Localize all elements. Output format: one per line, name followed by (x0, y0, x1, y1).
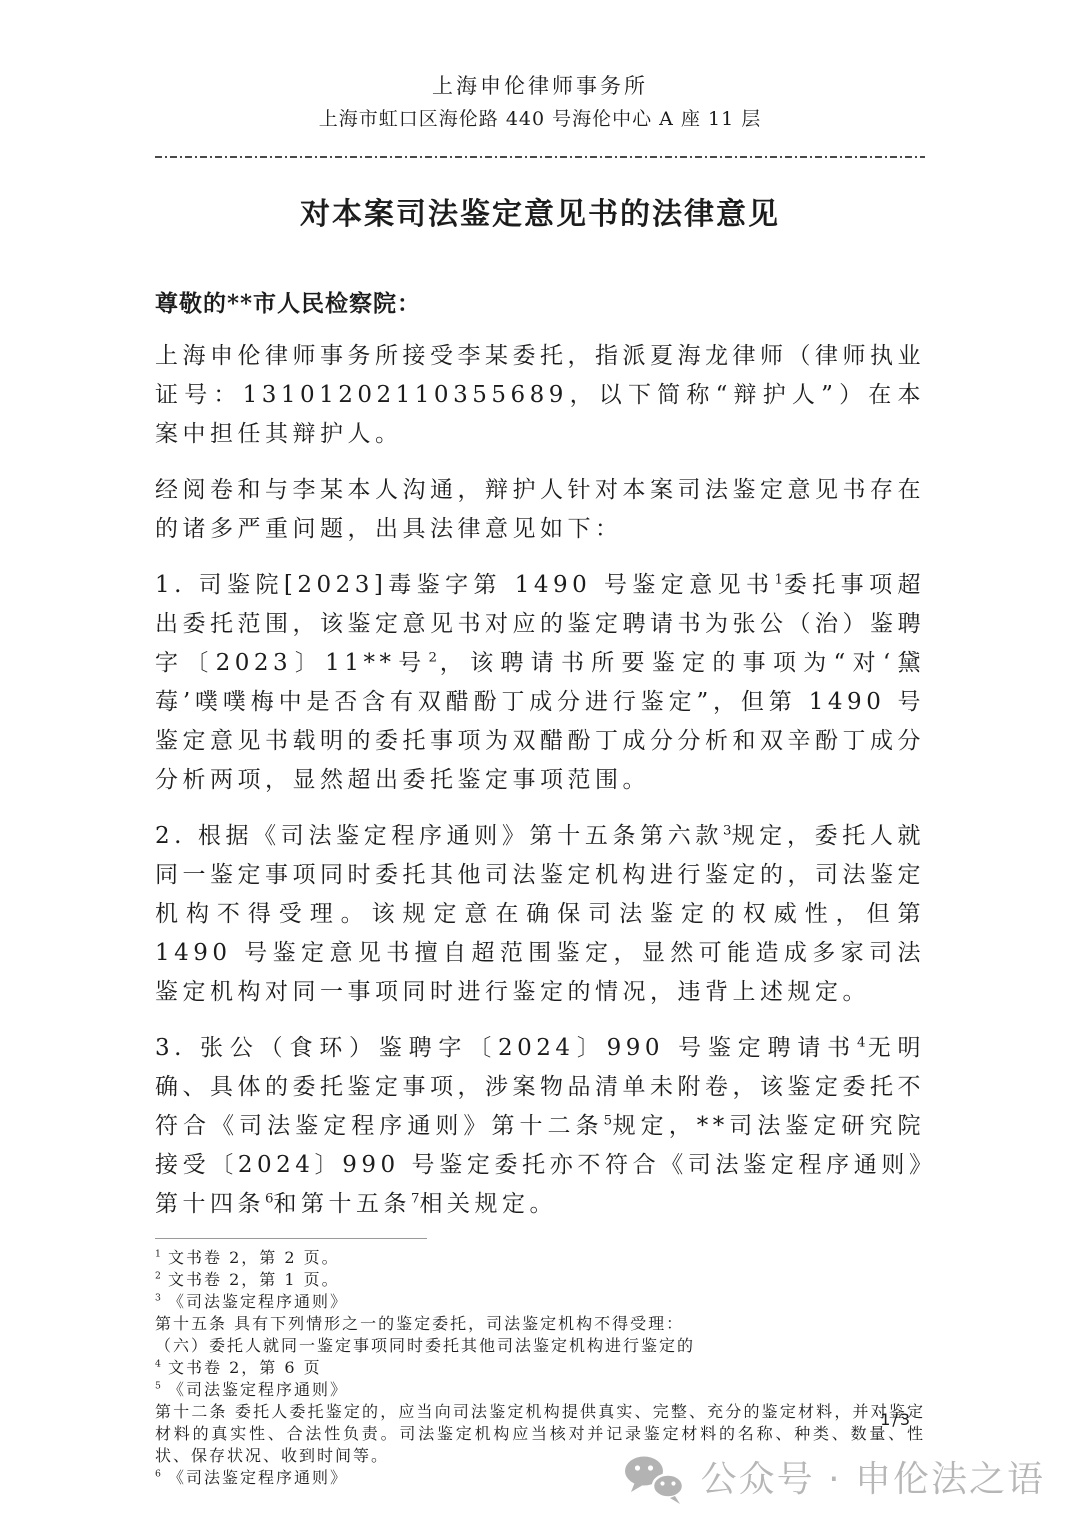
footnote-line-6: 4 文书卷 2，第 6 页 (155, 1357, 925, 1379)
opinion-item-2: 2. 根据《司法鉴定程序通则》第十五条第六款3规定，委托人就同一鉴定事项同时委托… (155, 817, 925, 1012)
salutation: 尊敬的**市人民检察院： (155, 288, 925, 320)
footnote-line-7: 5 《司法鉴定程序通则》 (155, 1379, 925, 1401)
paragraph-appointment: 上海申伦律师事务所接受李某委托，指派夏海龙律师（律师执业证号：131012021… (155, 337, 925, 454)
watermark-label: 公众号 · 申伦法之语 (701, 1452, 1045, 1508)
letterhead: 上海申伦律师事务所 上海市虹口区海伦路 440 号海伦中心 A 座 11 层 (155, 0, 925, 132)
footnote-line-2: 2 文书卷 2，第 1 页。 (155, 1269, 925, 1291)
firm-name: 上海申伦律师事务所 (155, 72, 925, 100)
document-title: 对本案司法鉴定意见书的法律意见 (155, 194, 925, 236)
footnote-line-3: 3 《司法鉴定程序通则》 (155, 1291, 925, 1313)
footnote-separator (155, 1238, 427, 1239)
footnote-line-5: （六）委托人就同一鉴定事项同时委托其他司法鉴定机构进行鉴定的 (155, 1335, 925, 1357)
opinion-item-1: 1. 司鉴院[2023]毒鉴字第 1490 号鉴定意见书1委托事项超出委托范围，… (155, 566, 925, 800)
footnote-line-4: 第十五条 具有下列情形之一的鉴定委托，司法鉴定机构不得受理： (155, 1313, 925, 1335)
wechat-icon (623, 1455, 687, 1505)
paragraph-intro: 经阅卷和与李某本人沟通，辩护人针对本案司法鉴定意见书存在的诸多严重问题，出具法律… (155, 471, 925, 549)
letterhead-divider (155, 156, 925, 158)
opinion-item-3: 3. 张公（食环）鉴聘字〔2024〕990 号鉴定聘请书4无明确、具体的委托鉴定… (155, 1029, 925, 1224)
watermark: 公众号 · 申伦法之语 (623, 1452, 1045, 1508)
footnote-line-1: 1 文书卷 2，第 2 页。 (155, 1247, 925, 1269)
page-number: 1/3 (880, 1410, 912, 1429)
firm-address: 上海市虹口区海伦路 440 号海伦中心 A 座 11 层 (155, 106, 925, 132)
legal-opinion-page: 上海申伦律师事务所 上海市虹口区海伦路 440 号海伦中心 A 座 11 层 对… (0, 0, 1080, 1527)
